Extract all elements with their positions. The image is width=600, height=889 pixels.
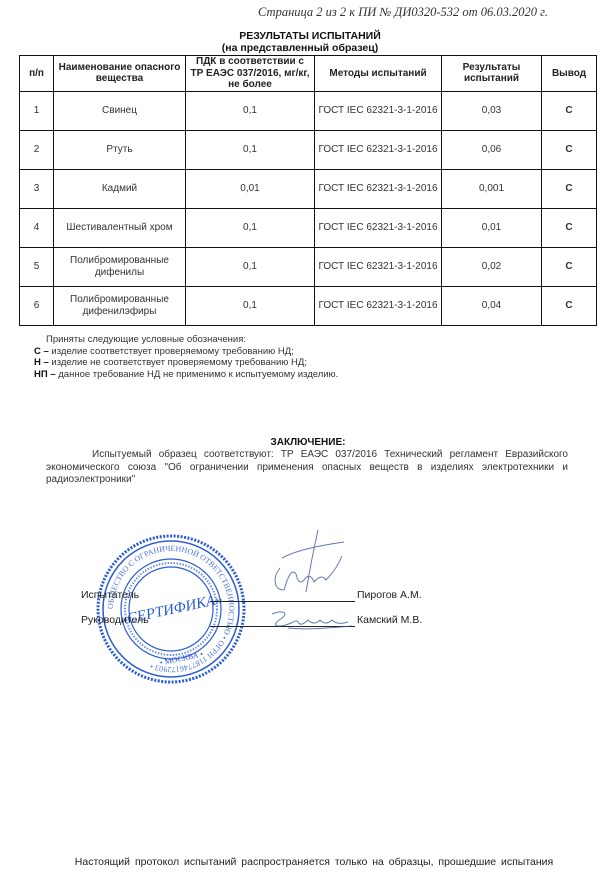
cell-number: 2 (20, 130, 54, 169)
cell-number: 3 (20, 169, 54, 208)
cell-verdict: С (542, 208, 597, 247)
cell-limit: 0,1 (186, 130, 315, 169)
cell-verdict: С (542, 91, 597, 130)
cell-verdict: С (542, 286, 597, 325)
cell-method: ГОСТ IEC 62321-3-1-2016 (315, 286, 442, 325)
cell-number: 6 (20, 286, 54, 325)
table-row: 2Ртуть0,1ГОСТ IEC 62321-3-1-20160,06С (20, 130, 597, 169)
footer-note: Настоящий протокол испытаний распростран… (74, 856, 554, 869)
table-header-row: п/п Наименование опасного вещества ПДК в… (20, 56, 597, 92)
cell-result: 0,04 (442, 286, 542, 325)
signature-line-tester (210, 601, 355, 602)
header-verdict: Вывод (542, 56, 597, 92)
cell-limit: 0,1 (186, 208, 315, 247)
header-number: п/п (20, 56, 54, 92)
title-sub: (на представленный образец) (0, 42, 600, 54)
cell-verdict: С (542, 247, 597, 286)
cell-number: 1 (20, 91, 54, 130)
legend-code: НП – (34, 369, 56, 380)
legend-text: изделие соответствует проверяемому требо… (49, 346, 294, 357)
stamp-seal-icon: ОБЩЕСТВО С ОГРАНИЧЕННОЙ ОТВЕТСТВЕННОСТЬЮ… (94, 532, 248, 686)
cell-substance: Кадмий (54, 169, 186, 208)
legend-code: С – (34, 346, 49, 357)
cell-result: 0,03 (442, 91, 542, 130)
legend-item: НП – данное требование НД не применимо к… (34, 369, 338, 381)
cell-result: 0,001 (442, 169, 542, 208)
handwritten-signature-icon (262, 528, 352, 600)
conclusion-text: Испытуемый образец соответствуют: ТР ЕАЭ… (46, 449, 568, 487)
legend-text: изделие не соответствует проверяемому тр… (49, 357, 307, 368)
page-header: Страница 2 из 2 к ПИ № ДИ0320-532 от 06.… (0, 5, 548, 20)
signature-name-tester: Пирогов А.М. (357, 589, 422, 601)
cell-limit: 0,1 (186, 286, 315, 325)
cell-verdict: С (542, 130, 597, 169)
handwritten-signature-icon (268, 608, 358, 632)
header-limit: ПДК в соответствии с ТР ЕАЭС 037/2016, м… (186, 56, 315, 92)
cell-limit: 0,1 (186, 91, 315, 130)
header-result: Результаты испытаний (442, 56, 542, 92)
cell-substance: Свинец (54, 91, 186, 130)
cell-method: ГОСТ IEC 62321-3-1-2016 (315, 208, 442, 247)
legend-code: Н – (34, 357, 49, 368)
cell-number: 4 (20, 208, 54, 247)
cell-result: 0,01 (442, 208, 542, 247)
cell-number: 5 (20, 247, 54, 286)
results-title: РЕЗУЛЬТАТЫ ИСПЫТАНИЙ (на представленный … (0, 30, 600, 54)
table-row: 1Свинец0,1ГОСТ IEC 62321-3-1-20160,03С (20, 91, 597, 130)
cell-result: 0,02 (442, 247, 542, 286)
cell-substance: Шестивалентный хром (54, 208, 186, 247)
cell-limit: 0,1 (186, 247, 315, 286)
signature-name-head: Камский М.В. (357, 614, 422, 626)
signature-role-head: Руководитель (81, 614, 149, 626)
table-row: 4Шестивалентный хром0,1ГОСТ IEC 62321-3-… (20, 208, 597, 247)
cell-substance: Полибромированные дифенилы (54, 247, 186, 286)
cell-verdict: С (542, 169, 597, 208)
cell-method: ГОСТ IEC 62321-3-1-2016 (315, 169, 442, 208)
cell-method: ГОСТ IEC 62321-3-1-2016 (315, 91, 442, 130)
table-row: 3Кадмий0,01ГОСТ IEC 62321-3-1-20160,001С (20, 169, 597, 208)
legend: Приняты следующие условные обозначения: … (34, 334, 338, 380)
cell-method: ГОСТ IEC 62321-3-1-2016 (315, 247, 442, 286)
cell-result: 0,06 (442, 130, 542, 169)
legend-intro: Приняты следующие условные обозначения: (34, 334, 338, 346)
conclusion-title: ЗАКЛЮЧЕНИЕ: (0, 437, 600, 448)
header-method: Методы испытаний (315, 56, 442, 92)
legend-item: С – изделие соответствует проверяемому т… (34, 346, 338, 358)
header-substance: Наименование опасного вещества (54, 56, 186, 92)
cell-substance: Ртуть (54, 130, 186, 169)
cell-method: ГОСТ IEC 62321-3-1-2016 (315, 130, 442, 169)
table-row: 5Полибромированные дифенилы0,1ГОСТ IEC 6… (20, 247, 597, 286)
legend-text: данное требование НД не применимо к испы… (56, 369, 339, 380)
cell-limit: 0,01 (186, 169, 315, 208)
signature-role-tester: Испытатель (81, 589, 139, 601)
title-main: РЕЗУЛЬТАТЫ ИСПЫТАНИЙ (0, 30, 600, 42)
table-row: 6Полибромированные дифенилэфиры0,1ГОСТ I… (20, 286, 597, 325)
results-table: п/п Наименование опасного вещества ПДК в… (19, 55, 597, 326)
legend-item: Н – изделие не соответствует проверяемом… (34, 357, 338, 369)
cell-substance: Полибромированные дифенилэфиры (54, 286, 186, 325)
